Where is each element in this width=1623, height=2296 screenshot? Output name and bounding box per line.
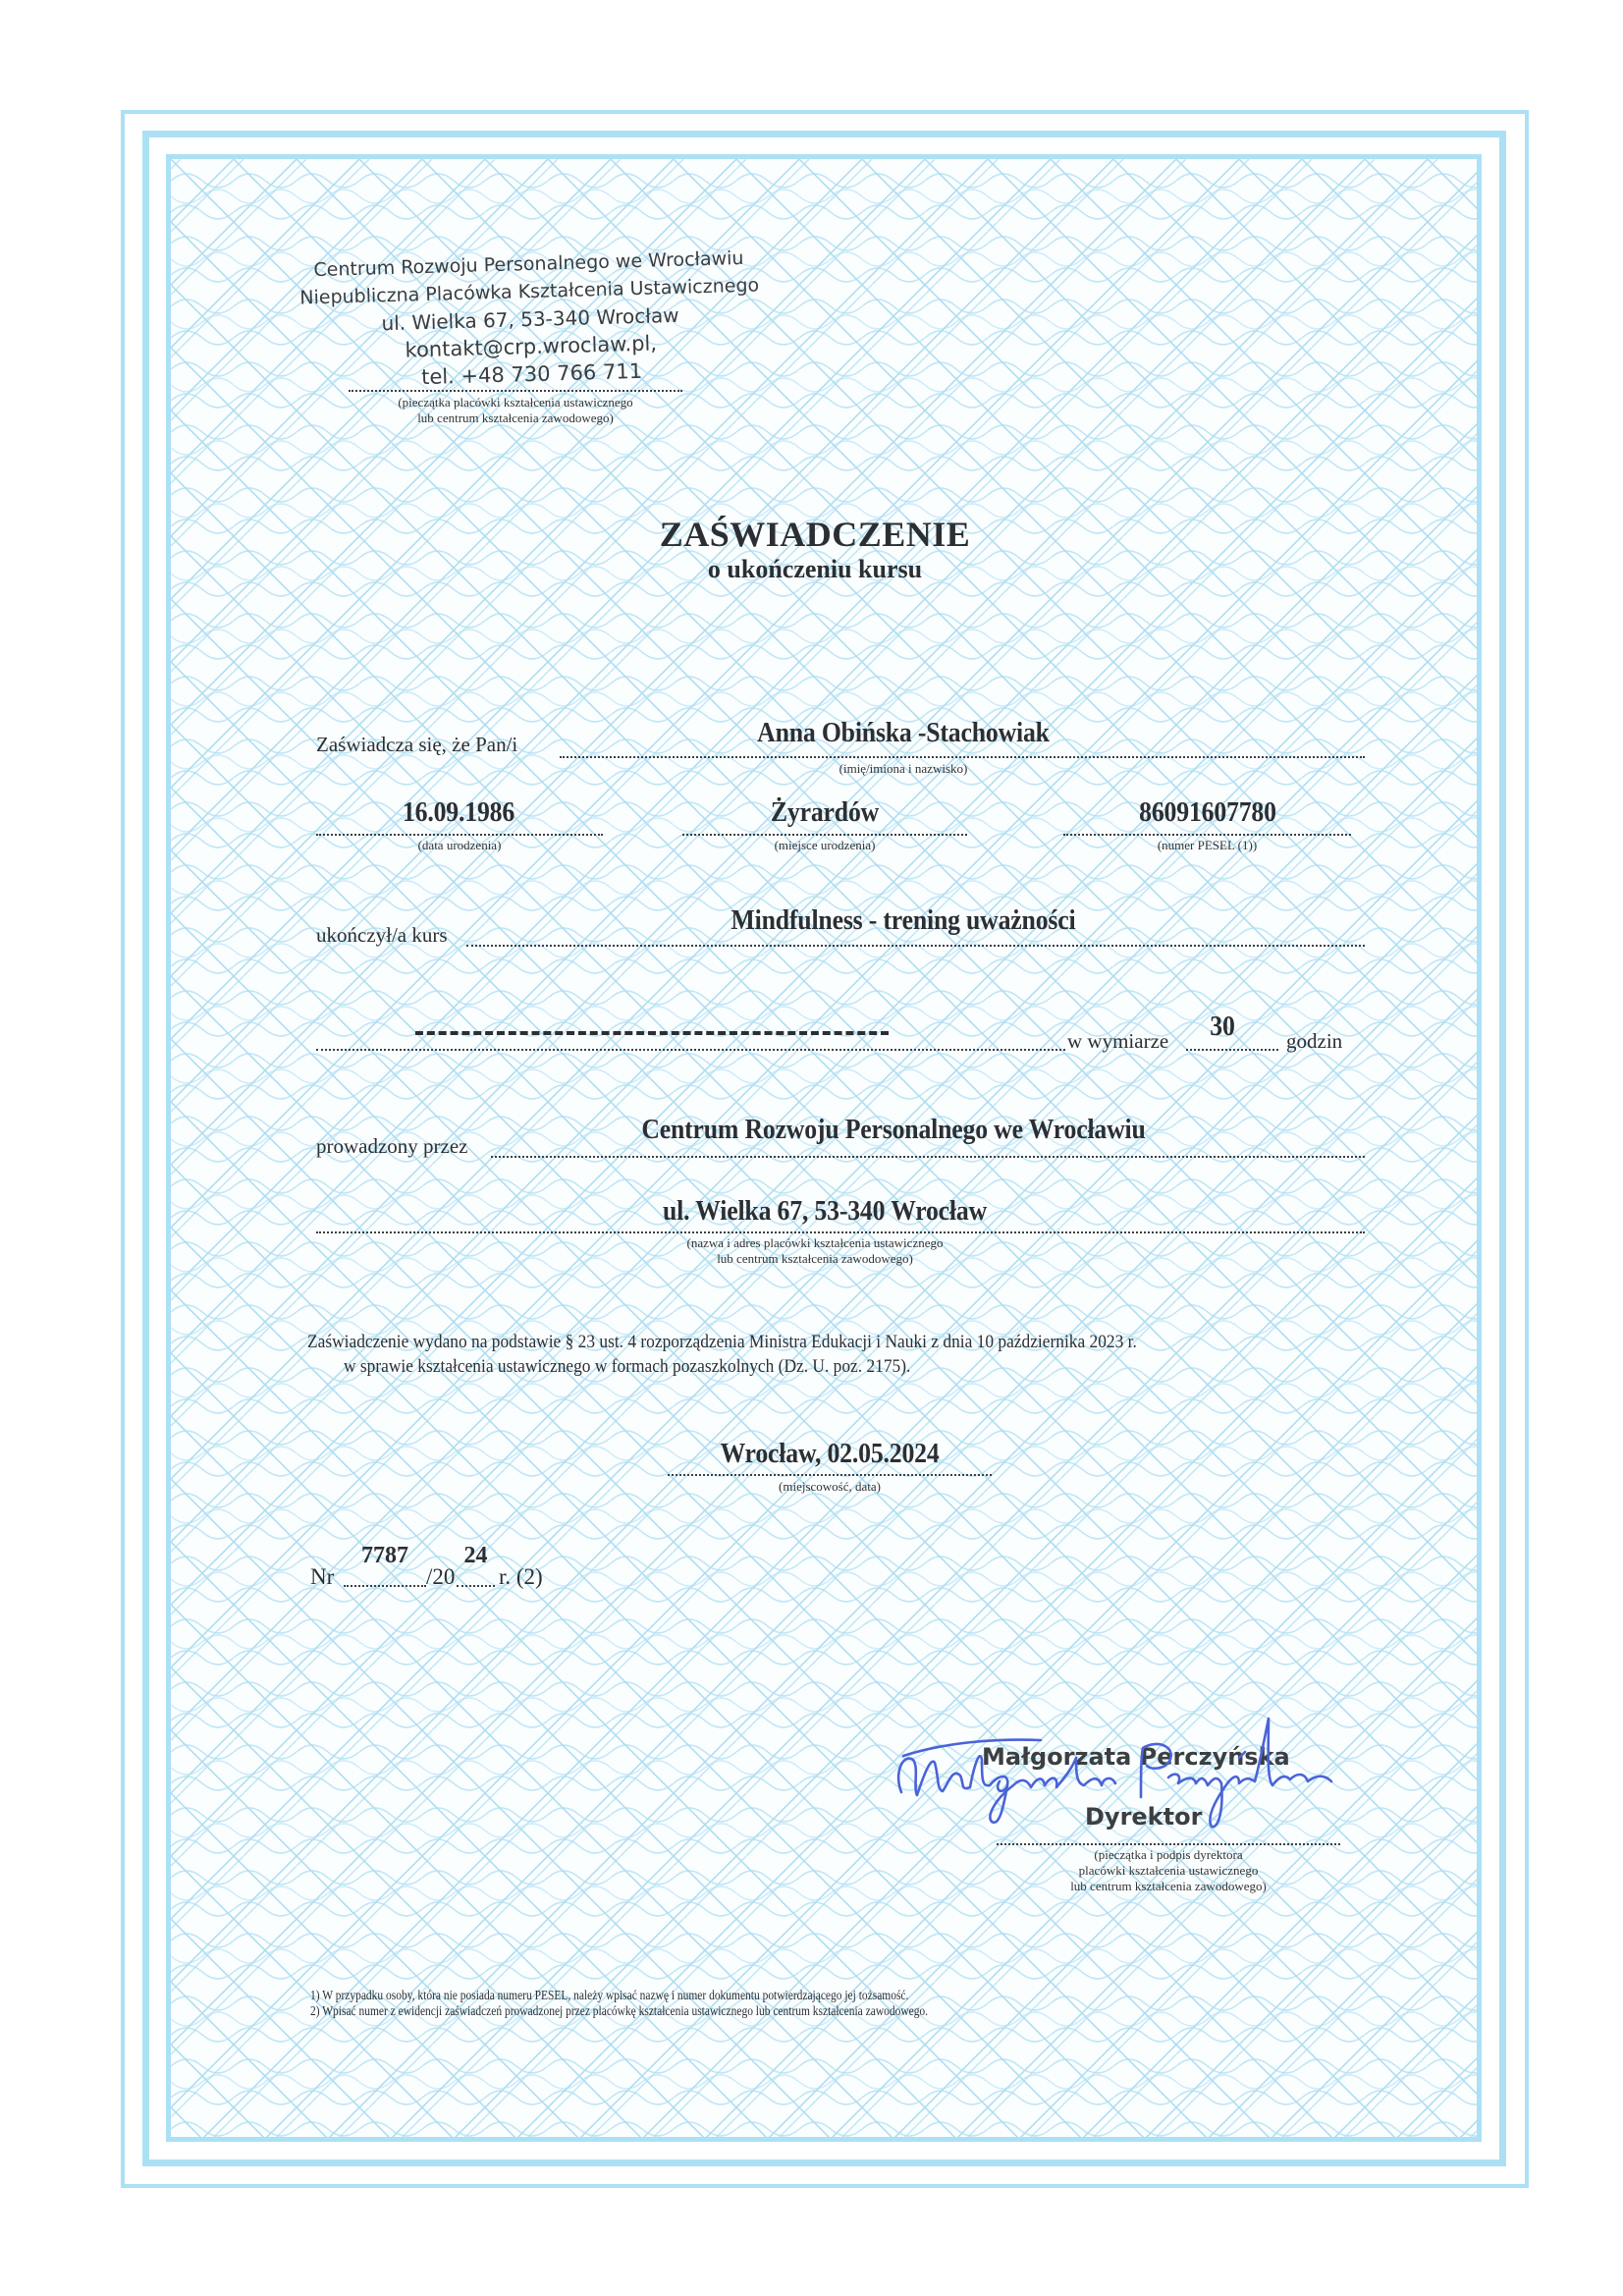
provider-caption-line: lub centrum kształcenia zawodowego) [609, 1251, 1021, 1267]
course-name: Mindfulness - trening uważności [650, 905, 1156, 937]
person-label: Zaświadcza się, że Pan/i [316, 733, 517, 757]
course-hours: 30 [1191, 1011, 1254, 1043]
signature-caption-line: (pieczątka i podpis dyrektora [982, 1847, 1355, 1863]
birth-date-caption: (data urodzenia) [316, 838, 603, 853]
number-prefix: Nr [310, 1564, 334, 1590]
issue-place-date: Wrocław, 02.05.2024 [680, 1439, 979, 1470]
provider-caption-line: (nazwa i adres placówki kształcenia usta… [609, 1235, 1021, 1251]
document-title: ZAŚWIADCZENIE [550, 514, 1080, 555]
pesel-dotted-line [1063, 834, 1351, 836]
course-second-dotted-line [316, 1049, 1065, 1051]
pesel-number: 86091607780 [1077, 797, 1339, 829]
stamp-caption: (pieczątka placówki kształcenia ustawicz… [324, 395, 707, 426]
provider-address: ul. Wielka 67, 53-340 Wrocław [571, 1196, 1077, 1228]
handwritten-signature [884, 1689, 1345, 1836]
institution-stamp: Centrum Rozwoju Personalnego we Wrocławi… [293, 244, 768, 394]
extent-label: w wymiarze [1067, 1029, 1168, 1054]
birth-date-dotted-line [316, 834, 603, 836]
course-label: ukończył/a kurs [316, 923, 448, 948]
footnote-1: 1) W przypadku osoby, która nie posiada … [310, 1988, 908, 2003]
signature-caption-line: lub centrum kształcenia zawodowego) [982, 1879, 1355, 1894]
name-caption: (imię/imiona i nazwisko) [756, 761, 1051, 777]
hours-dotted-line [1186, 1049, 1278, 1051]
provider-label: prowadzony przez [316, 1134, 468, 1159]
stamp-dotted-line [349, 390, 682, 392]
pesel-caption: (numer PESEL (1)) [1063, 838, 1351, 853]
provider-caption: (nazwa i adres placówki kształcenia usta… [609, 1235, 1021, 1267]
year-dotted-line [457, 1585, 495, 1587]
course-dotted-line [466, 945, 1365, 947]
address-dotted-line [316, 1231, 1365, 1233]
number-year-prefix: /20 [426, 1564, 455, 1590]
birth-place-dotted-line [682, 834, 967, 836]
certificate-number: 7787 [344, 1543, 426, 1569]
document-subtitle: o ukończeniu kursu [550, 555, 1080, 584]
provider-name: Centrum Rozwoju Personalnego we Wrocławi… [577, 1115, 1210, 1146]
footnote-2: 2) Wpisać numer z ewidencji zaświadczeń … [310, 2003, 928, 2019]
issue-caption: (miejscowość, data) [668, 1479, 992, 1495]
issue-dotted-line [668, 1474, 992, 1476]
stamp-caption-line: lub centrum kształcenia zawodowego) [324, 410, 707, 426]
birth-place-caption: (miejsce urodzenia) [682, 838, 967, 853]
legal-basis-line2: w sprawie kształcenia ustawicznego w for… [344, 1355, 910, 1379]
signature-caption-line: placówki kształcenia ustawicznego [982, 1863, 1355, 1879]
number-suffix: r. (2) [499, 1564, 543, 1590]
certificate-year: 24 [457, 1543, 495, 1569]
name-dotted-line [560, 756, 1365, 758]
signature-dotted-line [997, 1843, 1340, 1845]
stamp-caption-line: (pieczątka placówki kształcenia ustawicz… [324, 395, 707, 410]
provider-dotted-line [491, 1156, 1365, 1158]
signature-caption: (pieczątka i podpis dyrektora placówki k… [982, 1847, 1355, 1894]
course-second-line-dashes [415, 1031, 889, 1035]
legal-basis-line1: Zaświadczenie wydano na podstawie § 23 u… [307, 1331, 1137, 1354]
number-dotted-line [344, 1585, 426, 1587]
hours-unit: godzin [1286, 1029, 1342, 1054]
birth-date: 16.09.1986 [328, 797, 590, 829]
birth-place: Żyrardów [694, 797, 956, 829]
person-name: Anna Obińska -Stachowiak [632, 718, 1174, 749]
